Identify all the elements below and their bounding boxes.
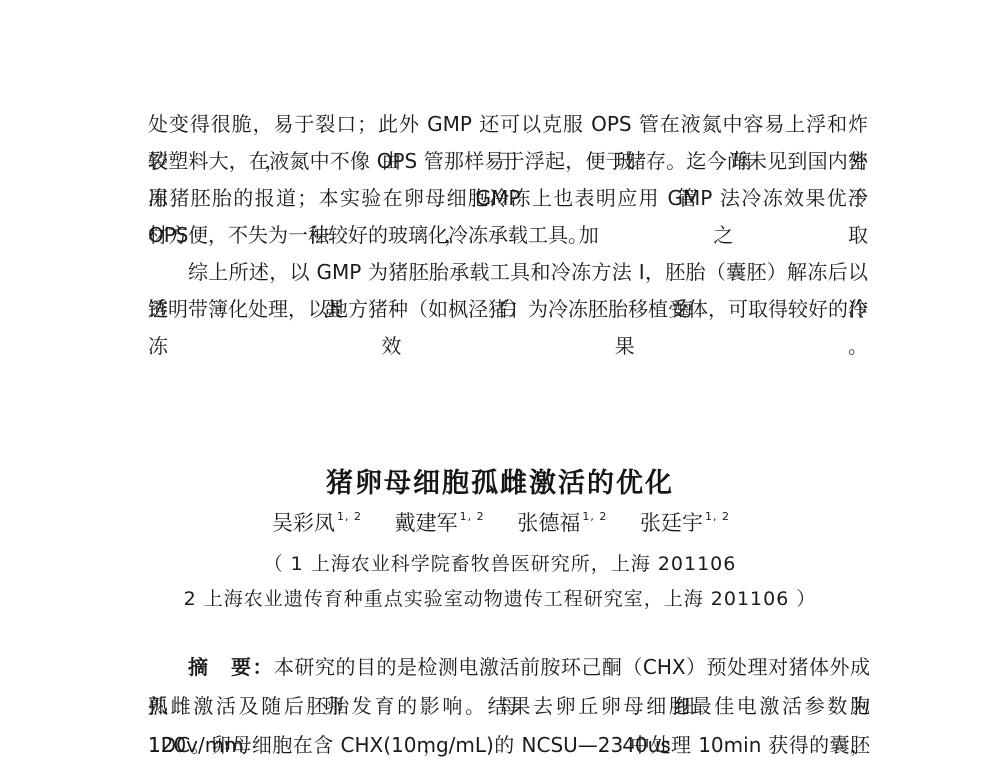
abstract-line: 摘 要：本研究的目的是检测电激活前胺环己酮（CHX）预处理对猪体外成熟卵母细胞 (148, 648, 870, 687)
text-line: 综上所述，以 GMP 为猪胚胎承载工具和冷冻方法 I，胚胎（囊胚）解冻后以链蛋白… (148, 254, 868, 291)
affiliation-line: 2 上海农业遗传育种重点实验室动物遗传工程研究室，上海 201106 ） (0, 584, 1000, 611)
author-name: 吴彩凤1, 2 (272, 511, 360, 535)
affiliation-line: （ 1 上海农业科学院畜牧兽医研究所，上海 201106 (0, 549, 1000, 576)
text-line: 透明带簿化处理，以地方猪种（如枫泾猪）为冷冻胚胎移植受体，可取得较好的冷冻效果。 (148, 291, 868, 328)
text-line: 处变得很脆，易于裂口；此外 GMP 还可以克服 OPS 管在液氮中容易上浮和炸裂… (148, 106, 868, 143)
author-name: 张德福1, 2 (517, 511, 605, 535)
abstract-line: 孤雌激活及随后胚胎发育的影响。结果去卵丘卵母细胞最佳电激活参数为 120v/mm… (148, 687, 870, 726)
author-name: 戴建军1, 2 (395, 511, 483, 535)
author-name: 张廷宇1, 2 (640, 511, 728, 535)
abstract-block: 摘 要：本研究的目的是检测电激活前胺环己酮（CHX）预处理对猪体外成熟卵母细胞 … (148, 648, 870, 760)
author-superscript: 1, 2 (582, 510, 607, 523)
authors-line: 吴彩凤1, 2 戴建军1, 2 张德福1, 2 张廷宇1, 2 (0, 507, 1000, 537)
author-superscript: 1, 2 (337, 510, 362, 523)
author-superscript: 1, 2 (705, 510, 730, 523)
text-line: 冻猪胚胎的报道；本实验在卵母细胞冷冻上也表明应用 GMP 法冷冻效果优于 OPS… (148, 180, 868, 217)
abstract-label: 摘 要： (188, 655, 274, 679)
document-page: 处变得很脆，易于裂口；此外 GMP 还可以克服 OPS 管在液氮中容易上浮和炸裂… (0, 0, 1000, 760)
article-title: 猪卵母细胞孤雌激活的优化 (0, 461, 1000, 500)
author-superscript: 1, 2 (460, 510, 485, 523)
text-line: 较塑料大，在液氮中不像 OPS 管那样易于浮起，便于储存。迄今尚未见到国内外用 … (148, 143, 868, 180)
continuation-text-block: 处变得很脆，易于裂口；此外 GMP 还可以克服 OPS 管在液氮中容易上浮和炸裂… (148, 106, 868, 328)
abstract-line: 1DC。卵母细胞在含 CHX(10mg/mL)的 NCSU—23 中处理 10m… (148, 726, 870, 760)
